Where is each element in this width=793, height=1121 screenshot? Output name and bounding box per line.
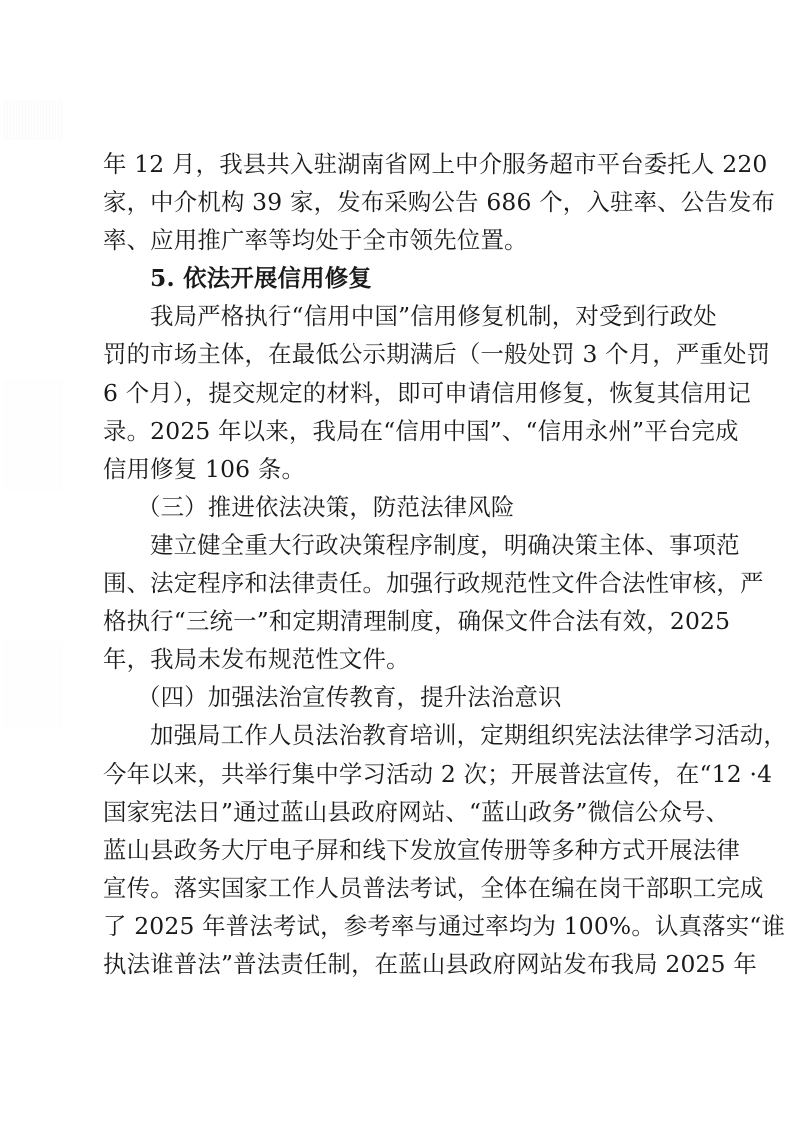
scan-artifact-top (4, 100, 64, 140)
text-line: 蓝山县政务大厅电子屏和线下发放宣传册等多种方式开展法律 (103, 831, 691, 869)
text-line: 罚的市场主体，在最低公示期满后（一般处罚 3 个月，严重处罚 (103, 335, 691, 373)
text-line: 年，我局未发布规范性文件。 (103, 640, 691, 678)
text-line: 今年以来，共举行集中学习活动 2 次；开展普法宣传，在“12 ·4 (103, 755, 691, 793)
subheading-legal-education: （四）加强法治宣传教育，提升法治意识 (103, 678, 691, 716)
scan-artifact-low (4, 640, 64, 730)
text-line: 6 个月），提交规定的材料，即可申请信用修复，恢复其信用记 (103, 374, 691, 412)
text-line: 了 2025 年普法考试，参考率与通过率均为 100%。认真落实“谁 (103, 907, 691, 945)
text-line: 加强局工作人员法治教育培训，定期组织宪法法律学习活动， (103, 716, 691, 754)
text-line: 信用修复 106 条。 (103, 450, 691, 488)
text-line: 国家宪法日”通过蓝山县政府网站、“蓝山政务”微信公众号、 (103, 793, 691, 831)
text-line: 宣传。落实国家工作人员普法考试，全体在编在岗干部职工完成 (103, 869, 691, 907)
text-line: 执法谁普法”普法责任制，在蓝山县政府网站发布我局 2025 年 (103, 945, 691, 983)
paragraph-legal-education: 加强局工作人员法治教育培训，定期组织宪法法律学习活动， 今年以来，共举行集中学习… (103, 716, 691, 983)
text-line: 建立健全重大行政决策程序制度，明确决策主体、事项范 (103, 526, 691, 564)
text-line: 年 12 月，我县共入驻湖南省网上中介服务超市平台委托人 220 (103, 145, 691, 183)
text-line: 围、法定程序和法律责任。加强行政规范性文件合法性审核，严 (103, 564, 691, 602)
section-heading-credit-repair: 5. 依法开展信用修复 (103, 259, 691, 297)
text-line: 率、应用推广率等均处于全市领先位置。 (103, 221, 691, 259)
paragraph-credit-repair: 我局严格执行“信用中国”信用修复机制，对受到行政处 罚的市场主体，在最低公示期满… (103, 297, 691, 487)
scan-artifact-mid (4, 380, 64, 490)
paragraph-continuation: 年 12 月，我县共入驻湖南省网上中介服务超市平台委托人 220 家，中介机构 … (103, 145, 691, 259)
text-line: 格执行“三统一”和定期清理制度，确保文件合法有效，2025 (103, 602, 691, 640)
paragraph-decision-making: 建立健全重大行政决策程序制度，明确决策主体、事项范 围、法定程序和法律责任。加强… (103, 526, 691, 678)
text-line: 录。2025 年以来，我局在“信用中国”、“信用永州”平台完成 (103, 412, 691, 450)
document-page: 年 12 月，我县共入驻湖南省网上中介服务超市平台委托人 220 家，中介机构 … (103, 145, 691, 983)
text-line: 我局严格执行“信用中国”信用修复机制，对受到行政处 (103, 297, 691, 335)
subheading-decision-making: （三）推进依法决策，防范法律风险 (103, 488, 691, 526)
text-line: 家，中介机构 39 家，发布采购公告 686 个，入驻率、公告发布 (103, 183, 691, 221)
